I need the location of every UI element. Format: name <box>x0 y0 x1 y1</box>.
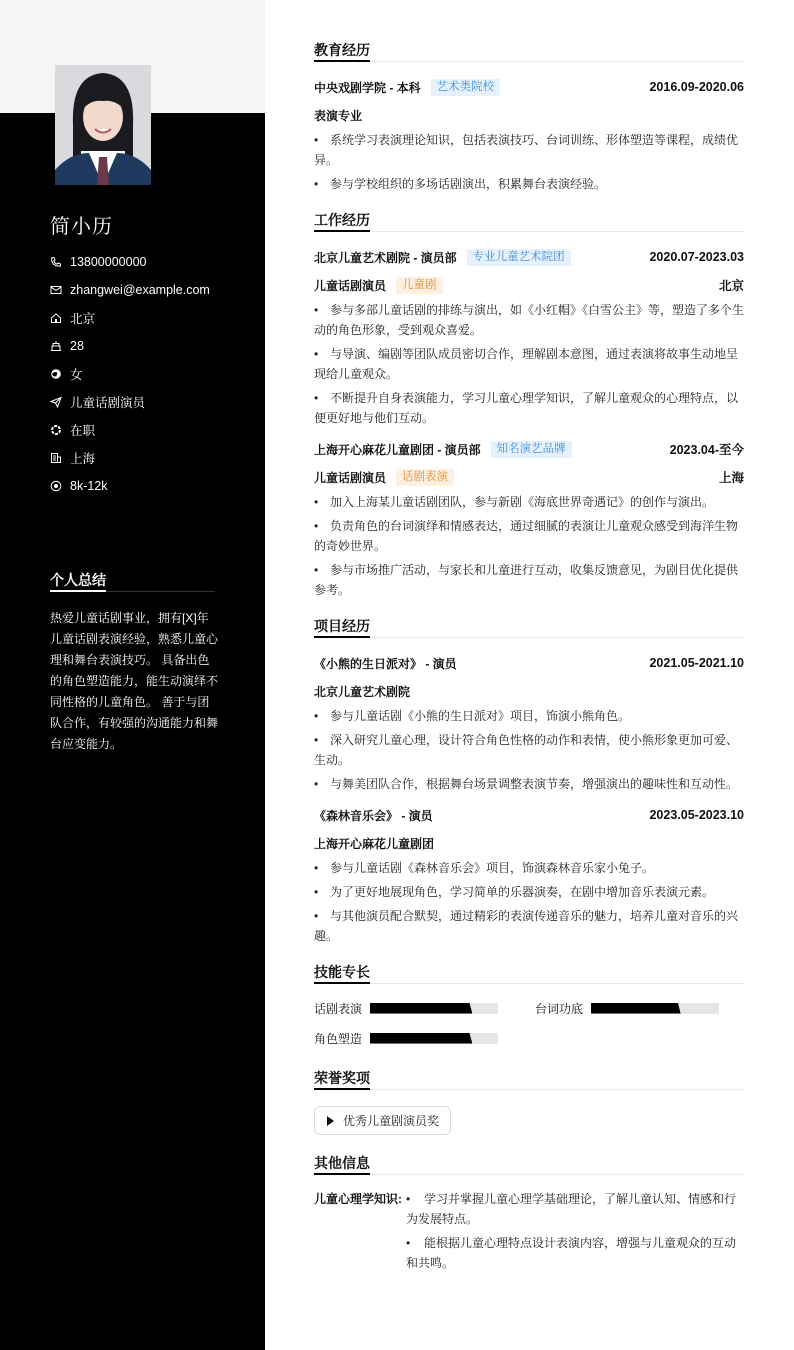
award-label: 优秀儿童剧演员奖 <box>343 1112 439 1129</box>
list-item: 参与多部儿童话剧的排练与演出，如《小红帽》《白雪公主》等，塑造了多个生动的角色形… <box>314 300 744 340</box>
work-title: 工作经历 <box>314 208 370 232</box>
mail-icon <box>50 284 62 296</box>
gender-icon <box>50 368 62 380</box>
role-name: 儿童话剧演员 <box>314 469 386 486</box>
education-header: 教育经历 <box>314 38 744 62</box>
list-item: 与其他演员配合默契，通过精彩的表演传递音乐的魅力，培养儿童对音乐的兴趣。 <box>314 906 744 946</box>
company-name: 北京儿童艺术剧院 - 演员部 <box>314 249 457 266</box>
contact-home-value: 北京 <box>70 309 95 327</box>
list-item: 参与学校组织的多场话剧演出，积累舞台表演经验。 <box>314 174 744 194</box>
list-item: 参与儿童话剧《小熊的生日派对》项目，饰演小熊角色。 <box>314 706 744 726</box>
contact-list: 13800000000 zhangwei@example.com 北京 28 女… <box>50 248 210 500</box>
other-bullets: 学习并掌握儿童心理学基础理论，了解儿童认知、情感和行为发展特点。 能根据儿童心理… <box>406 1189 744 1277</box>
school-name: 中央戏剧学院 - 本科 <box>314 79 421 96</box>
project-org-row: 北京儿童艺术剧院 <box>314 680 744 702</box>
contact-salary: 8k-12k <box>50 472 210 500</box>
role-tag: 儿童剧 <box>396 277 443 294</box>
skill-bar <box>370 1033 498 1044</box>
salary-icon <box>50 480 62 492</box>
home-icon <box>50 312 62 324</box>
project-date: 2023.05-2023.10 <box>649 808 744 822</box>
other-title: 其他信息 <box>314 1151 370 1175</box>
list-item: 加入上海某儿童话剧团队，参与新剧《海底世界奇遇记》的创作与演出。 <box>314 492 744 512</box>
awards-title: 荣誉奖项 <box>314 1066 370 1090</box>
sidebar: 简小历 13800000000 zhangwei@example.com 北京 … <box>0 0 265 1350</box>
education-item: 中央戏剧学院 - 本科 艺术类院校 2016.09-2020.06 表演专业 系… <box>314 76 744 194</box>
school-tag: 艺术类院校 <box>431 79 501 96</box>
contact-gender: 女 <box>50 360 210 388</box>
skill-label: 台词功底 <box>535 1000 591 1017</box>
other-section: 其他信息 儿童心理学知识: 学习并掌握儿童心理学基础理论，了解儿童认知、情感和行… <box>314 1151 744 1277</box>
list-item: 与舞美团队合作，根据舞台场景调整表演节奏，增强演出的趣味性和互动性。 <box>314 774 744 794</box>
other-item: 儿童心理学知识: 学习并掌握儿童心理学基础理论，了解儿童认知、情感和行为发展特点… <box>314 1189 744 1277</box>
work-role-row: 儿童话剧演员 儿童剧 北京 <box>314 274 744 296</box>
list-item: 能根据儿童心理特点设计表演内容，增强与儿童观众的互动和共鸣。 <box>406 1233 744 1273</box>
project-org: 上海开心麻花儿童剧团 <box>314 835 434 852</box>
work-company-row: 北京儿童艺术剧院 - 演员部 专业儿童艺术院团 2020.07-2023.03 <box>314 246 744 268</box>
work-bullets: 加入上海某儿童话剧团队，参与新剧《海底世界奇遇记》的创作与演出。 负责角色的台词… <box>314 492 744 600</box>
project-item: 《森林音乐会》 - 演员 2023.05-2023.10 上海开心麻花儿童剧团 … <box>314 804 744 946</box>
work-city: 上海 <box>719 468 744 486</box>
contact-salary-value: 8k-12k <box>70 479 108 493</box>
education-bullets: 系统学习表演理论知识，包括表演技巧、台词训练、形体塑造等课程，成绩优异。 参与学… <box>314 130 744 194</box>
work-header: 工作经历 <box>314 208 744 232</box>
skills-title: 技能专长 <box>314 960 370 984</box>
cake-icon <box>50 340 62 352</box>
role-tag: 话剧表演 <box>396 469 454 486</box>
work-city: 北京 <box>719 276 744 294</box>
role-name: 儿童话剧演员 <box>314 277 386 294</box>
contact-position: 儿童话剧演员 <box>50 388 210 416</box>
work-role-row: 儿童话剧演员 话剧表演 上海 <box>314 466 744 488</box>
skills-header: 技能专长 <box>314 960 744 984</box>
other-label: 儿童心理学知识: <box>314 1189 406 1277</box>
contact-age: 28 <box>50 332 210 360</box>
skills-section: 技能专长 话剧表演 台词功底 角色塑造 <box>314 960 744 1048</box>
summary-title: 个人总结 <box>50 570 106 592</box>
skill-label: 角色塑造 <box>314 1030 370 1047</box>
list-item: 参与市场推广活动，与家长和儿童进行互动，收集反馈意见，为剧目优化提供参考。 <box>314 560 744 600</box>
summary-header: 个人总结 <box>50 570 215 592</box>
work-date: 2023.04-至今 <box>670 440 744 458</box>
contact-status: 在职 <box>50 416 210 444</box>
skill-label: 话剧表演 <box>314 1000 370 1017</box>
other-header: 其他信息 <box>314 1151 744 1175</box>
list-item: 与导演、编剧等团队成员密切合作，理解剧本意图，通过表演将故事生动地呈现给儿童观众… <box>314 344 744 384</box>
contact-phone: 13800000000 <box>50 248 210 276</box>
contact-email: zhangwei@example.com <box>50 276 210 304</box>
profile-photo <box>55 65 151 185</box>
project-org: 北京儿童艺术剧院 <box>314 683 410 700</box>
contact-city-value: 上海 <box>70 449 95 467</box>
main-content: 教育经历 中央戏剧学院 - 本科 艺术类院校 2016.09-2020.06 表… <box>314 38 744 1277</box>
contact-email-value: zhangwei@example.com <box>70 283 210 297</box>
contact-position-value: 儿童话剧演员 <box>70 393 145 411</box>
skill-fill <box>370 1033 472 1044</box>
projects-title: 项目经历 <box>314 614 370 638</box>
phone-icon <box>50 256 62 268</box>
project-bullets: 参与儿童话剧《森林音乐会》项目，饰演森林音乐家小兔子。 为了更好地展现角色，学习… <box>314 858 744 946</box>
awards-section: 荣誉奖项 优秀儿童剧演员奖 <box>314 1066 744 1135</box>
building-icon <box>50 452 62 464</box>
education-title: 教育经历 <box>314 38 370 62</box>
send-icon <box>50 396 62 408</box>
work-section: 工作经历 北京儿童艺术剧院 - 演员部 专业儿童艺术院团 2020.07-202… <box>314 208 744 600</box>
skill-fill <box>591 1003 681 1014</box>
skill-item: 话剧表演 <box>314 998 535 1018</box>
contact-phone-value: 13800000000 <box>70 255 146 269</box>
project-date: 2021.05-2021.10 <box>649 656 744 670</box>
work-item: 北京儿童艺术剧院 - 演员部 专业儿童艺术院团 2020.07-2023.03 … <box>314 246 744 428</box>
list-item: 系统学习表演理论知识，包括表演技巧、台词训练、形体塑造等课程，成绩优异。 <box>314 130 744 170</box>
company-tag: 专业儿童艺术院团 <box>467 249 571 266</box>
project-name: 《森林音乐会》 - 演员 <box>314 807 433 824</box>
play-triangle-icon <box>327 1116 334 1126</box>
list-item: 负责角色的台词演绎和情感表达，通过细腻的表演让儿童观众感受到海洋生物的奇妙世界。 <box>314 516 744 556</box>
project-item: 《小熊的生日派对》 - 演员 2021.05-2021.10 北京儿童艺术剧院 … <box>314 652 744 794</box>
candidate-name: 简小历 <box>50 210 113 239</box>
contact-status-value: 在职 <box>70 421 95 439</box>
projects-header: 项目经历 <box>314 614 744 638</box>
list-item: 为了更好地展现角色，学习简单的乐器演奏，在剧中增加音乐表演元素。 <box>314 882 744 902</box>
projects-section: 项目经历 《小熊的生日派对》 - 演员 2021.05-2021.10 北京儿童… <box>314 614 744 946</box>
skills-grid: 话剧表演 台词功底 角色塑造 <box>314 998 744 1048</box>
work-company-row: 上海开心麻花儿童剧团 - 演员部 知名演艺品牌 2023.04-至今 <box>314 438 744 460</box>
project-org-row: 上海开心麻花儿童剧团 <box>314 832 744 854</box>
skill-bar <box>370 1003 498 1014</box>
skill-item: 角色塑造 <box>314 1028 535 1048</box>
project-name: 《小熊的生日派对》 - 演员 <box>314 655 457 672</box>
contact-age-value: 28 <box>70 339 84 353</box>
work-item: 上海开心麻花儿童剧团 - 演员部 知名演艺品牌 2023.04-至今 儿童话剧演… <box>314 438 744 600</box>
list-item: 不断提升自身表演能力，学习儿童心理学知识，了解儿童观众的心理特点，以便更好地与他… <box>314 388 744 428</box>
education-section: 教育经历 中央戏剧学院 - 本科 艺术类院校 2016.09-2020.06 表… <box>314 38 744 194</box>
company-name: 上海开心麻花儿童剧团 - 演员部 <box>314 441 481 458</box>
summary-text: 热爱儿童话剧事业，拥有[X]年儿童话剧表演经验，熟悉儿童心理和舞台表演技巧。 具… <box>50 608 218 755</box>
company-tag: 知名演艺品牌 <box>491 441 572 458</box>
list-item: 深入研究儿童心理，设计符合角色性格的动作和表情，使小熊形象更加可爱、生动。 <box>314 730 744 770</box>
education-date: 2016.09-2020.06 <box>649 80 744 94</box>
project-row: 《森林音乐会》 - 演员 2023.05-2023.10 <box>314 804 744 826</box>
major-row: 表演专业 <box>314 104 744 126</box>
work-bullets: 参与多部儿童话剧的排练与演出，如《小红帽》《白雪公主》等，塑造了多个生动的角色形… <box>314 300 744 428</box>
work-date: 2020.07-2023.03 <box>649 250 744 264</box>
contact-home: 北京 <box>50 304 210 332</box>
skill-item: 台词功底 <box>535 998 744 1018</box>
skill-fill <box>370 1003 472 1014</box>
contact-city: 上海 <box>50 444 210 472</box>
education-row: 中央戏剧学院 - 本科 艺术类院校 2016.09-2020.06 <box>314 76 744 98</box>
major: 表演专业 <box>314 107 362 124</box>
list-item: 参与儿童话剧《森林音乐会》项目，饰演森林音乐家小兔子。 <box>314 858 744 878</box>
project-bullets: 参与儿童话剧《小熊的生日派对》项目，饰演小熊角色。 深入研究儿童心理，设计符合角… <box>314 706 744 794</box>
contact-gender-value: 女 <box>70 365 83 383</box>
project-row: 《小熊的生日派对》 - 演员 2021.05-2021.10 <box>314 652 744 674</box>
list-item: 学习并掌握儿童心理学基础理论，了解儿童认知、情感和行为发展特点。 <box>406 1189 744 1229</box>
skill-bar <box>591 1003 719 1014</box>
awards-header: 荣誉奖项 <box>314 1066 744 1090</box>
status-icon <box>50 424 62 436</box>
award-badge: 优秀儿童剧演员奖 <box>314 1106 451 1135</box>
